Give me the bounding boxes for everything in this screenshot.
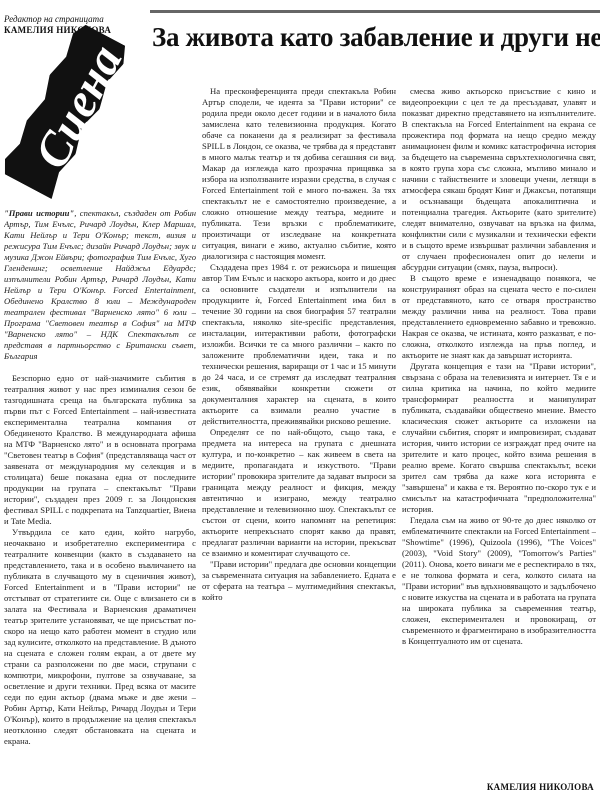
- paragraph: Другата концепция е тази на "Прави истор…: [402, 361, 596, 515]
- author-byline: КАМЕЛИЯ НИКОЛОВА: [487, 782, 594, 792]
- column-2: На пресконференцията преди спектакъла Ро…: [202, 86, 396, 798]
- paragraph: Създадена през 1984 г. от режисьора и пи…: [202, 262, 396, 427]
- paragraph: Определят се по най-общото, също така, е…: [202, 427, 396, 559]
- editor-role: Редактор на страницата: [4, 14, 111, 25]
- paragraph: смесва живо актьорско присъствие с кино …: [402, 86, 596, 273]
- paragraph: Утвърдила се като един, който нагрубо, н…: [4, 527, 196, 747]
- article-headline: За живота като забавление и други неща: [152, 22, 600, 53]
- paragraph: На пресконференцията преди спектакъла Ро…: [202, 86, 396, 262]
- paragraph: Гледала съм на живо от 90-те до днес няк…: [402, 515, 596, 647]
- paragraph: "Прави истории" предлага две основни кон…: [202, 559, 396, 603]
- credits-text: , спектакъл, създаден от Робин Артър, Ти…: [4, 208, 196, 361]
- column-3: смесва живо актьорско присъствие с кино …: [402, 86, 596, 776]
- top-rule: [150, 10, 600, 13]
- column-1: "Прави истории", спектакъл, създаден от …: [4, 208, 196, 798]
- production-credits: "Прави истории", спектакъл, създаден от …: [4, 208, 196, 362]
- credits-title: "Прави истории": [4, 208, 74, 218]
- paragraph: Безспорно едно от най-значимите събития …: [4, 373, 196, 527]
- paragraph: В същото време е изненадващо понякога, ч…: [402, 273, 596, 361]
